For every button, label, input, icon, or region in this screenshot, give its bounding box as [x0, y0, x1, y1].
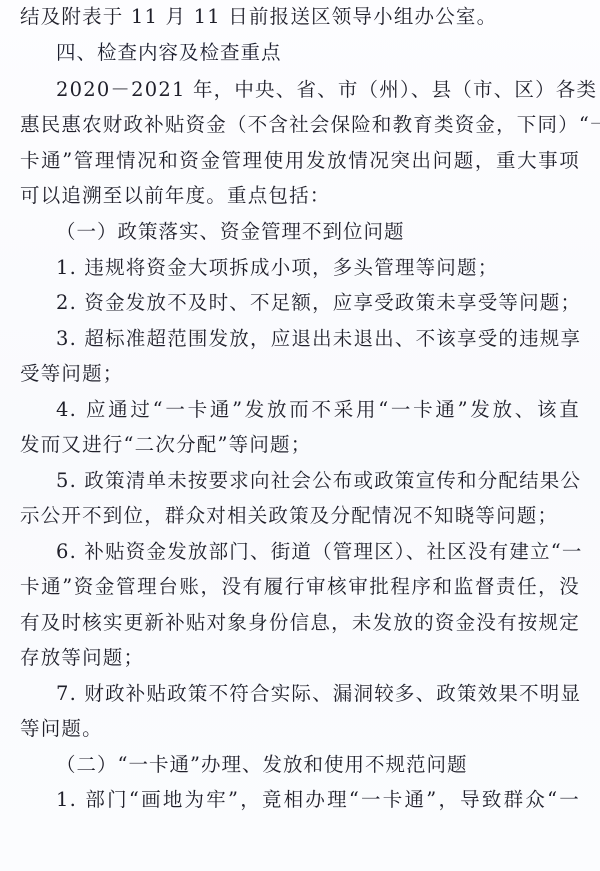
paragraph-line: 可以追溯至以前年度。重点包括：: [20, 181, 580, 211]
list-item-continuation: 等问题。: [20, 714, 580, 744]
list-item-continuation: 发而又进行“二次分配”等问题；: [20, 430, 580, 460]
paragraph-line: 卡通”管理情况和资金管理使用发放情况突出问题，重大事项: [20, 146, 580, 176]
list-item: 6. 补贴资金发放部门、街道（管理区）、社区没有建立“一: [56, 537, 580, 567]
list-item: 4. 应通过“一卡通”发放而不采用“一卡通”发放、该直: [56, 395, 580, 425]
list-item: 5. 政策清单未按要求向社会公布或政策宣传和分配结果公: [56, 466, 580, 496]
list-item-continuation: 卡通”资金管理台账，没有履行审核审批程序和监督责任，没: [20, 572, 580, 602]
list-item-continuation: 存放等问题；: [20, 643, 580, 673]
section-heading: 四、检查内容及检查重点: [56, 38, 580, 68]
paragraph-line: 惠民惠农财政补贴资金（不含社会保险和教育类资金，下同）“一: [20, 110, 580, 140]
list-item: 7. 财政补贴政策不符合实际、漏洞较多、政策效果不明显: [56, 679, 580, 709]
paragraph-continuation-line: 结及附表于 11 月 11 日前报送区领导小组办公室。: [20, 2, 580, 32]
list-item: 1. 违规将资金大项拆成小项，多头管理等问题；: [56, 253, 580, 283]
list-item-continuation: 受等问题；: [20, 359, 580, 389]
list-item-continuation: 示公开不到位，群众对相关政策及分配情况不知晓等问题；: [20, 501, 580, 531]
list-item: 3. 超标准超范围发放，应退出未退出、不该享受的违规享: [56, 324, 580, 354]
subsection-heading: （二）“一卡通”办理、发放和使用不规范问题: [56, 750, 580, 780]
list-item: 2. 资金发放不及时、不足额，应享受政策未享受等问题；: [56, 288, 580, 318]
subsection-heading: （一）政策落实、资金管理不到位问题: [56, 217, 580, 247]
list-item-continuation: 有及时核实更新补贴对象身份信息，未发放的资金没有按规定: [20, 608, 580, 638]
paragraph-line: 2020－2021 年，中央、省、市（州）、县（市、区）各类: [56, 75, 580, 105]
list-item: 1. 部门“画地为牢”，竟相办理“一卡通”，导致群众“一: [56, 785, 580, 815]
document-page: 结及附表于 11 月 11 日前报送区领导小组办公室。 四、检查内容及检查重点 …: [0, 0, 600, 871]
